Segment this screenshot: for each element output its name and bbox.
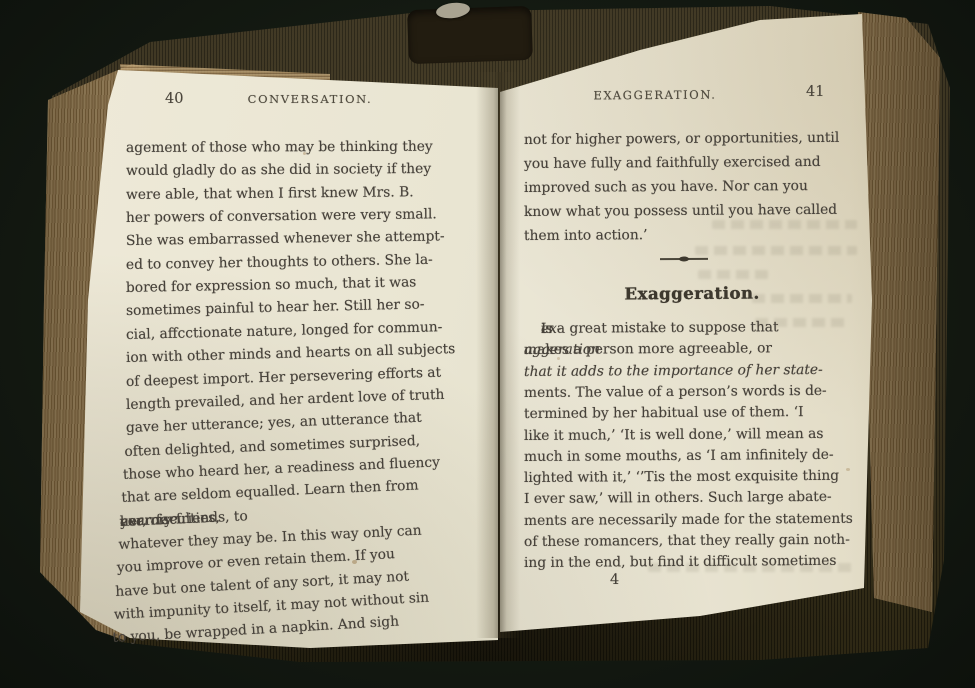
left-page-text: 40 CONVERSATION. agement of those who ma… [126, 0, 468, 688]
text-line: lighted with it,’ ‘’Tis the most exquisi… [524, 468, 860, 488]
gutter-shadow [476, 72, 520, 638]
text-line: ments. The value of a person’s words is … [524, 383, 860, 403]
text-line: were able, that when I first knew Mrs. B… [126, 183, 468, 204]
text-line: It is a great mistake to suppose that ex… [524, 319, 860, 339]
text-line: cial, affcctionate nature, longed for co… [126, 318, 468, 344]
text-line: ion with other minds and hearts on all s… [126, 341, 468, 368]
text-line: bored for expression so much, that it wa… [126, 273, 468, 298]
left-page-lines: agement of those who may be thinking the… [126, 0, 468, 688]
text-line: would gladly do as she did in society if… [126, 161, 468, 181]
text-line: ed to convey her thoughts to others. She… [126, 251, 468, 275]
text-line: her powers of conversation were very sma… [126, 206, 468, 228]
signature-mark: 4 [610, 572, 619, 588]
text-line: agement of those who may be thinking the… [126, 139, 468, 158]
text-line: like it much,’ ‘It is well done,’ will m… [524, 425, 860, 445]
text-line: termined by her habitual use of them. ‘I [524, 404, 860, 424]
text-line: I ever saw,’ will in others. Such large … [524, 489, 860, 509]
text-line: ments are necessarily made for the state… [524, 510, 860, 530]
text-line: ing in the end, but find it difficult so… [524, 553, 860, 573]
right-page-body-lines: It is a great mistake to suppose that ex… [524, 0, 860, 688]
right-page-text: EXAGGERATION. 41 not for higher powers, … [524, 0, 860, 688]
text-line: sometimes painful to hear her. Still her… [126, 296, 468, 322]
text-line: She was embarrassed whenever she attempt… [126, 228, 468, 251]
text-line: of these romancers, that they really gai… [524, 532, 860, 552]
book-photograph: 40 CONVERSATION. agement of those who ma… [0, 0, 975, 688]
text-line: that it adds to the importance of her st… [524, 361, 860, 381]
text-line: much in some mouths, as ‘I am infinitely… [524, 446, 860, 466]
text-line: aggeration makes a person more agreeable… [524, 340, 860, 360]
